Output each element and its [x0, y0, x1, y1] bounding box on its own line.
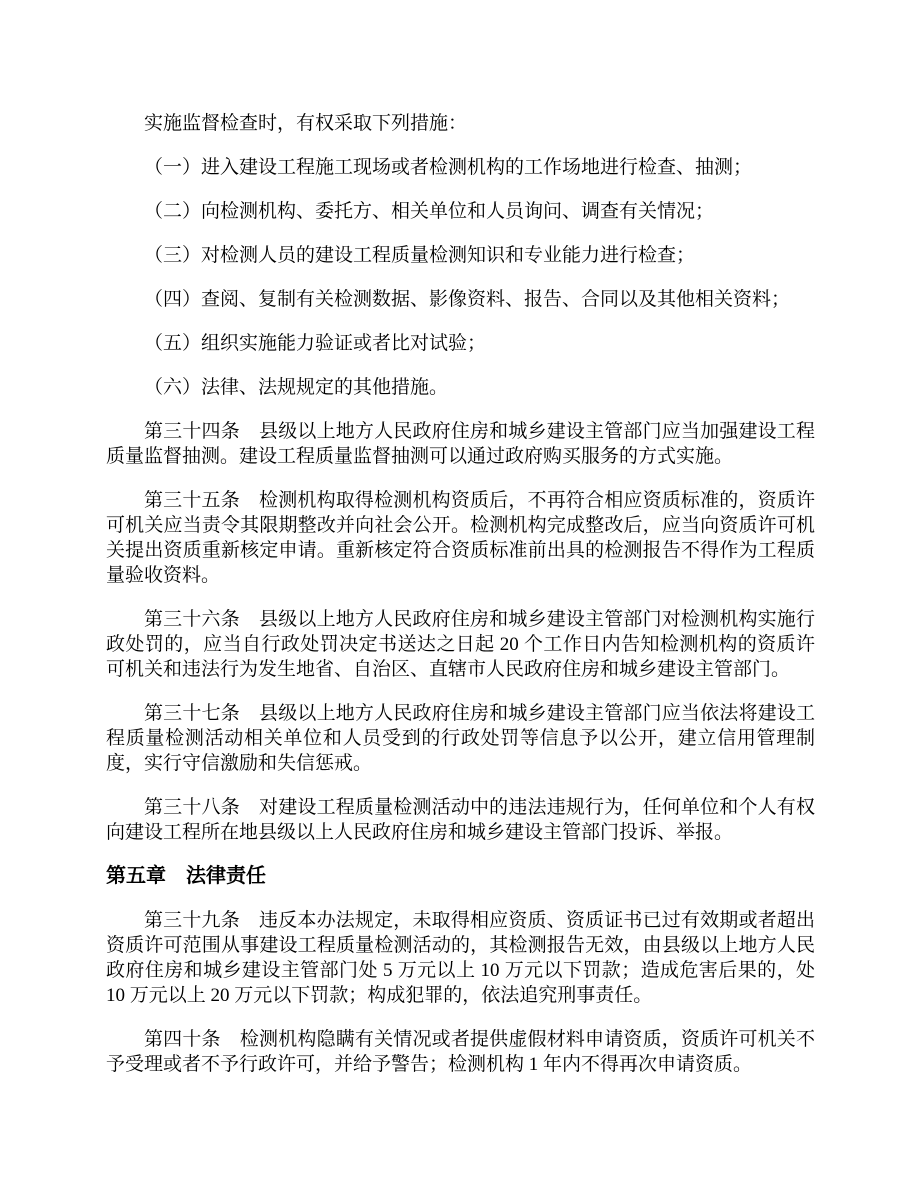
- intro-paragraph: 实施监督检查时，有权采取下列措施：: [106, 111, 815, 136]
- document-page: 实施监督检查时，有权采取下列措施： （一）进入建设工程施工现场或者检测机构的工作…: [0, 0, 920, 1191]
- measure-item-2: （二）向检测机构、委托方、相关单位和人员询问、调查有关情况；: [106, 199, 815, 224]
- measure-item-3: （三）对检测人员的建设工程质量检测知识和专业能力进行检查；: [106, 243, 815, 268]
- measure-item-1: （一）进入建设工程施工现场或者检测机构的工作场地进行检查、抽测；: [106, 155, 815, 180]
- article-37: 第三十七条 县级以上地方人民政府住房和城乡建设主管部门应当依法将建设工程质量检测…: [106, 701, 815, 776]
- article-36: 第三十六条 县级以上地方人民政府住房和城乡建设主管部门对检测机构实施行政处罚的，…: [106, 607, 815, 682]
- article-35: 第三十五条 检测机构取得检测机构资质后，不再符合相应资质标准的，资质许可机关应当…: [106, 488, 815, 588]
- measure-item-4: （四）查阅、复制有关检测数据、影像资料、报告、合同以及其他相关资料；: [106, 287, 815, 312]
- article-38: 第三十八条 对建设工程质量检测活动中的违法违规行为，任何单位和个人有权向建设工程…: [106, 795, 815, 845]
- article-34: 第三十四条 县级以上地方人民政府住房和城乡建设主管部门应当加强建设工程质量监督抽…: [106, 419, 815, 469]
- article-40: 第四十条 检测机构隐瞒有关情况或者提供虚假材料申请资质，资质许可机关不予受理或者…: [106, 1027, 815, 1077]
- measure-item-5: （五）组织实施能力验证或者比对试验；: [106, 331, 815, 356]
- measure-item-6: （六）法律、法规规定的其他措施。: [106, 375, 815, 400]
- chapter-5-heading: 第五章 法律责任: [106, 864, 815, 889]
- document-body: 实施监督检查时，有权采取下列措施： （一）进入建设工程施工现场或者检测机构的工作…: [106, 111, 815, 1096]
- article-39: 第三十九条 违反本办法规定，未取得相应资质、资质证书已过有效期或者超出资质许可范…: [106, 908, 815, 1008]
